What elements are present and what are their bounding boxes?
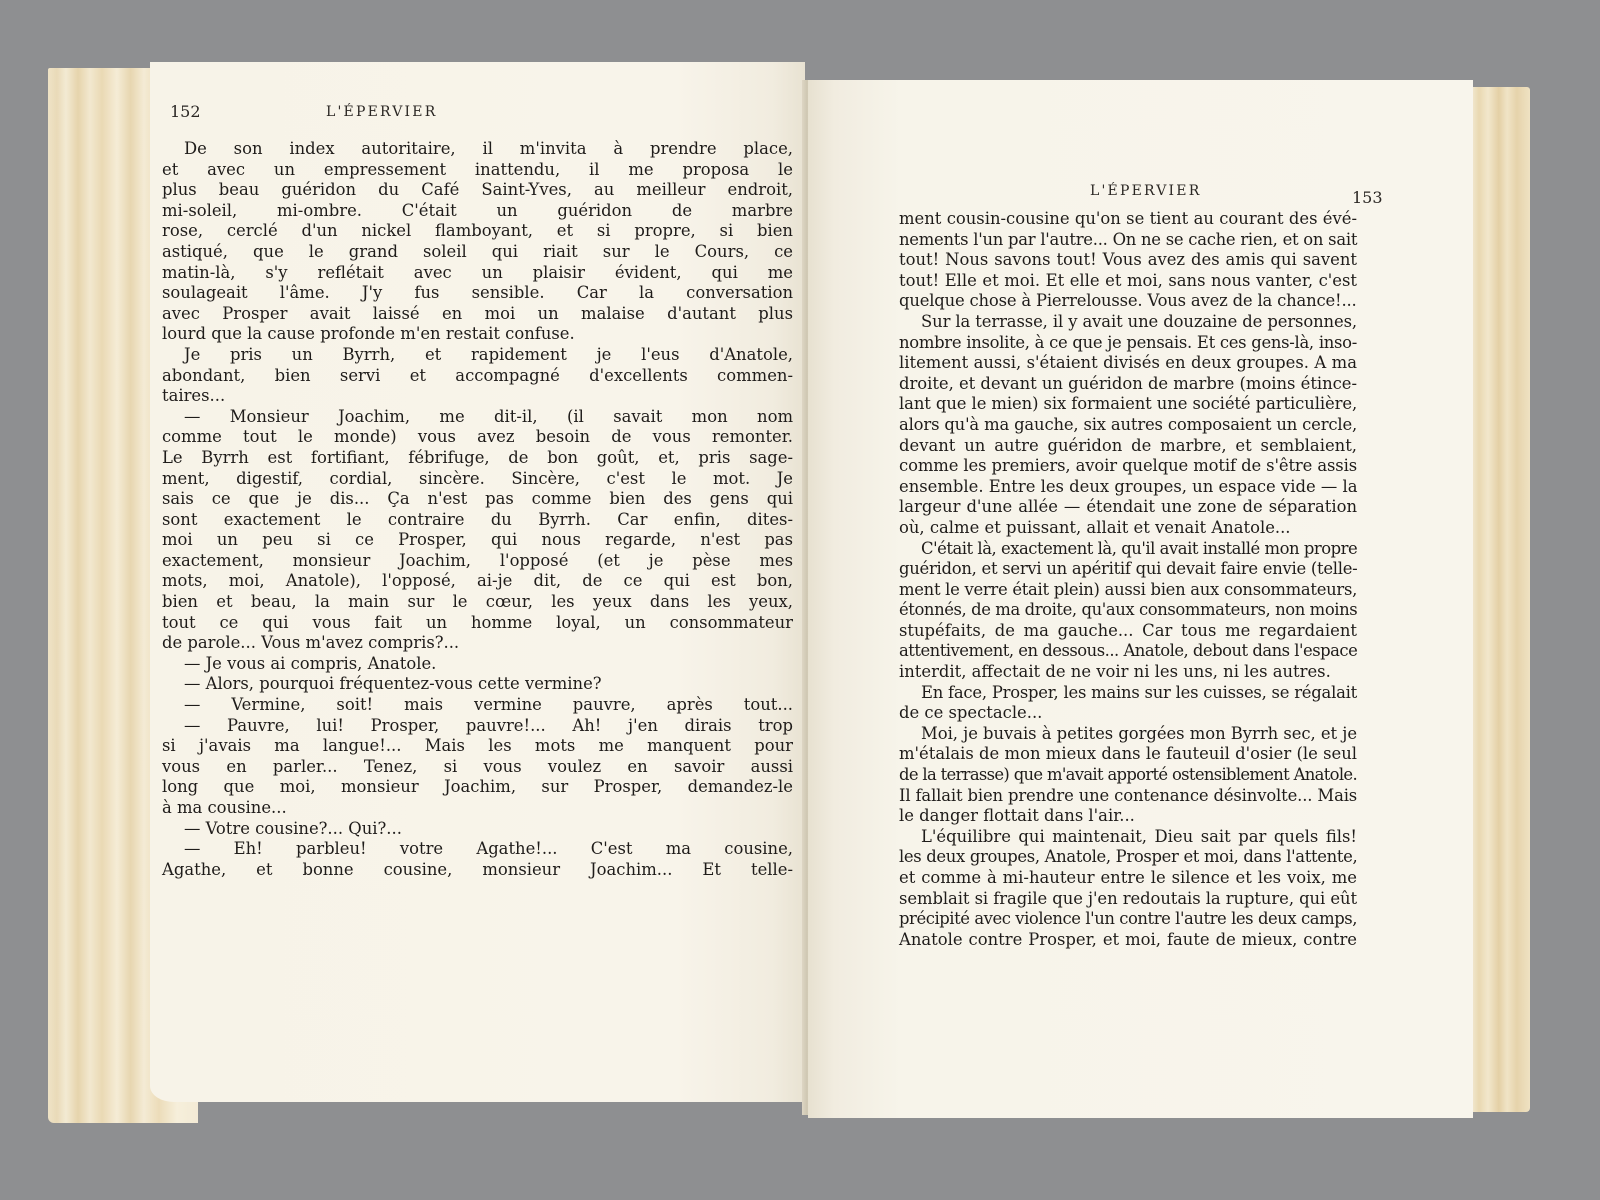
text-line: où, calme et puissant, allait et venait … [899, 518, 1357, 539]
text-line: si j'avais ma langue!... Mais les mots m… [162, 736, 793, 757]
text-line: avec Prosper avait laissé en moi un mala… [162, 304, 793, 325]
text-line: sais ce que je dis... Ça n'est pas comme… [162, 489, 793, 510]
text-line: En face, Prosper, les mains sur les cuis… [899, 683, 1357, 704]
text-line: quelque chose à Pierrelousse. Vous avez … [899, 291, 1357, 312]
text-line: ment le verre était plein) aussi bien au… [899, 580, 1357, 601]
text-line: étonnés, de ma droite, qu'aux consommate… [899, 600, 1357, 621]
running-head-right: L'ÉPERVIER [1090, 183, 1201, 199]
text-line: le danger flottait dans l'air... [899, 806, 1357, 827]
text-line: lant que le mien) six formaient une soci… [899, 394, 1357, 415]
text-line: — Pauvre, lui! Prosper, pauvre!... Ah! j… [162, 716, 793, 737]
text-line: précipité avec violence l'un contre l'au… [899, 909, 1357, 930]
text-line: bien et beau, la main sur le cœur, les y… [162, 592, 793, 613]
page-number-left: 152 [170, 102, 201, 121]
text-line: Anatole contre Prosper, et moi, faute de… [899, 930, 1357, 951]
running-head-left: L'ÉPERVIER [326, 104, 437, 120]
text-line: exactement, monsieur Joachim, l'opposé (… [162, 551, 793, 572]
text-line: De son index autoritaire, il m'invita à … [162, 139, 793, 160]
text-line: — Votre cousine?... Qui?... [162, 819, 793, 840]
text-line: — Eh! parbleu! votre Agathe!... C'est ma… [162, 839, 793, 860]
text-line: vous en parler... Tenez, si vous voulez … [162, 757, 793, 778]
text-line: tout! Nous savons tout! Vous avez des am… [899, 250, 1357, 271]
text-line: matin-là, s'y reflétait avec un plaisir … [162, 263, 793, 284]
text-line: Moi, je buvais à petites gorgées mon Byr… [899, 724, 1357, 745]
text-line: — Monsieur Joachim, me dit-il, (il savai… [162, 407, 793, 428]
text-line: ment, digestif, cordial, sincère. Sincèr… [162, 469, 793, 490]
text-line: interdit, affectait de ne voir ni les un… [899, 662, 1357, 683]
text-line: nements l'un par l'autre... On ne se cac… [899, 230, 1357, 251]
right-page: L'ÉPERVIER 153 ment cousin-cousine qu'on… [808, 80, 1473, 1118]
text-line: comme tout le monde) vous avez besoin de… [162, 427, 793, 448]
text-line: Le Byrrh est fortifiant, fébrifuge, de b… [162, 448, 793, 469]
text-line: litement aussi, s'étaient divisés en deu… [899, 353, 1357, 374]
text-line: plus beau guéridon du Café Saint-Yves, a… [162, 180, 793, 201]
right-page-edges [1470, 87, 1530, 1112]
text-line: attentivement, en dessous... Anatole, de… [899, 641, 1357, 662]
text-line: de ce spectacle... [899, 703, 1357, 724]
text-line: taires... [162, 386, 793, 407]
text-line: semblait si fragile que j'en redoutais l… [899, 889, 1357, 910]
text-line: et avec un empressement inattendu, il me… [162, 160, 793, 181]
text-line: long que moi, monsieur Joachim, sur Pros… [162, 777, 793, 798]
text-line: ensemble. Entre les deux groupes, un esp… [899, 477, 1357, 498]
text-line: sont exactement le contraire du Byrrh. C… [162, 510, 793, 531]
text-line: — Alors, pourquoi fréquentez-vous cette … [162, 674, 793, 695]
text-line: ment cousin-cousine qu'on se tient au co… [899, 209, 1357, 230]
text-line: moi un peu si ce Prosper, qui nous regar… [162, 530, 793, 551]
left-page-text: De son index autoritaire, il m'invita à … [162, 139, 793, 880]
text-line: abondant, bien servi et accompagné d'exc… [162, 366, 793, 387]
text-line: devant un autre guéridon de marbre, et s… [899, 436, 1357, 457]
text-line: Il fallait bien prendre une contenance d… [899, 786, 1357, 807]
text-line: à ma cousine... [162, 798, 793, 819]
text-line: mots, moi, Anatole), l'opposé, ai-je dit… [162, 571, 793, 592]
text-line: — Vermine, soit! mais vermine pauvre, ap… [162, 695, 793, 716]
text-line: alors qu'à ma gauche, six autres composa… [899, 415, 1357, 436]
left-page: 152 L'ÉPERVIER De son index autoritaire,… [150, 62, 805, 1102]
text-line: tout ce qui vous fait un homme loyal, un… [162, 613, 793, 634]
text-line: astiqué, que le grand soleil qui riait s… [162, 242, 793, 263]
text-line: Je pris un Byrrh, et rapidement je l'eus… [162, 345, 793, 366]
text-line: et comme à mi-hauteur entre le silence e… [899, 868, 1357, 889]
text-line: tout! Elle et moi. Et elle et moi, sans … [899, 271, 1357, 292]
text-line: L'équilibre qui maintenait, Dieu sait pa… [899, 827, 1357, 848]
text-line: comme les premiers, avoir quelque motif … [899, 456, 1357, 477]
text-line: rose, cerclé d'un nickel flamboyant, et … [162, 221, 793, 242]
text-line: largeur d'une allée — étendait une zone … [899, 497, 1357, 518]
text-line: — Je vous ai compris, Anatole. [162, 654, 793, 675]
text-line: Agathe, et bonne cousine, monsieur Joach… [162, 860, 793, 881]
text-line: les deux groupes, Anatole, Prosper et mo… [899, 847, 1357, 868]
text-line: guéridon, et servi un apéritif qui devai… [899, 559, 1357, 580]
right-page-text: ment cousin-cousine qu'on se tient au co… [899, 209, 1357, 950]
text-line: de parole... Vous m'avez compris?... [162, 633, 793, 654]
text-line: de la terrasse) que m'avait apporté oste… [899, 765, 1357, 786]
book-photo: 152 L'ÉPERVIER De son index autoritaire,… [0, 0, 1600, 1200]
text-line: soulageait l'âme. J'y fus sensible. Car … [162, 283, 793, 304]
text-line: m'étalais de mon mieux dans le fauteuil … [899, 744, 1357, 765]
text-line: Sur la terrasse, il y avait une douzaine… [899, 312, 1357, 333]
text-line: C'était là, exactement là, qu'il avait i… [899, 539, 1357, 560]
text-line: droite, et devant un guéridon de marbre … [899, 374, 1357, 395]
text-line: mi-soleil, mi-ombre. C'était un guéridon… [162, 201, 793, 222]
text-line: stupéfaits, de ma gauche... Car tous me … [899, 621, 1357, 642]
text-line: lourd que la cause profonde m'en restait… [162, 324, 793, 345]
text-line: nombre insolite, à ce que je pensais. Et… [899, 333, 1357, 354]
page-number-right: 153 [1352, 188, 1383, 207]
